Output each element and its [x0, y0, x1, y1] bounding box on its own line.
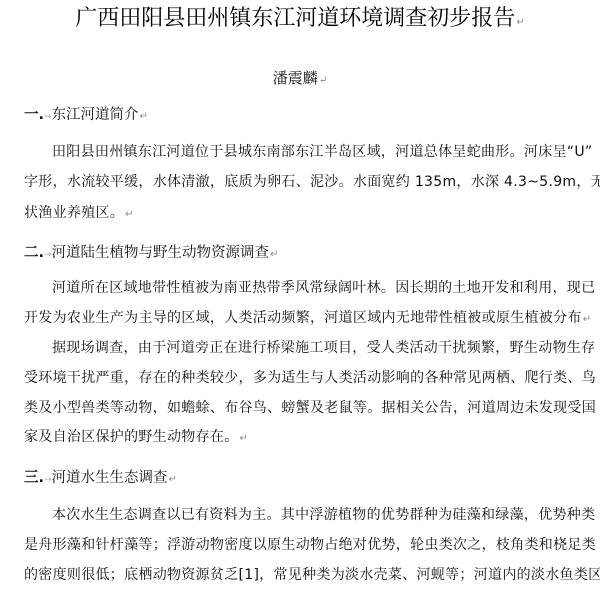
paragraph-mark-icon: ↵	[240, 433, 249, 444]
author-name: 潘震麟↵	[0, 66, 600, 93]
tab-mark-icon: →	[44, 112, 52, 122]
section-heading-2: 二.→河道陆生植物与野生动物资源调查↵	[24, 242, 278, 266]
section-heading-1: 一.→东江河道简介↵	[24, 104, 148, 128]
paragraph-mark-icon: ↵	[169, 474, 177, 485]
paragraph-line: 开发为农业生产为主导的区域，人类活动频繁，河道区域内无地带性植被或原生植被分布↵	[24, 303, 584, 335]
section-heading-text: 东江河道简介	[52, 107, 139, 123]
paragraph-line: 受环境干扰严重，存在的种类较少，多为适生与人类活动影响的各种常见两栖、爬行类、鸟	[24, 363, 584, 393]
author-text: 潘震麟	[273, 69, 318, 87]
title-text: 广西田阳县田州镇东江河道环境调查初步报告	[75, 6, 515, 31]
paragraph-line: 的密度则很低；底栖动物资源贫乏[1]，常见种类为淡水壳菜、河蚬等；河道内的淡水鱼…	[24, 560, 584, 590]
document-title: 广西田阳县田州镇东江河道环境调查初步报告↵	[0, 4, 600, 38]
section-heading-text: 河道水生生态调查	[52, 470, 168, 486]
section-number: 三.	[24, 470, 44, 486]
paragraph-mark-icon: ↵	[516, 17, 524, 28]
paragraph-line: 家及自治区保护的野生动物存在。↵	[24, 422, 584, 454]
section-number: 一.	[24, 107, 44, 123]
paragraph-line: 田阳县田州镇东江河道位于县城东南部东江半岛区域，河道总体呈蛇曲形。河床呈“U”	[24, 137, 584, 167]
paragraph-line: 河道所在区域地带性植被为南亚热带季风常绿阔叶林。因长期的土地开发和利用，现已	[24, 273, 584, 303]
section-heading-text: 河道陆生植物与野生动物资源调查	[52, 245, 270, 261]
paragraph-line: 据现场调查，由于河道旁正在进行桥梁施工项目，受人类活动干扰频繁，野生动物生存	[24, 333, 584, 363]
paragraph-line: 状渔业养殖区。↵	[24, 198, 584, 230]
paragraph-text: 家及自治区保护的野生动物存在。	[24, 429, 239, 445]
paragraph-mark-icon: ↵	[319, 75, 327, 86]
paragraph-line: 字形，水流较平缓，水体清澈，底质为卵石、泥沙。水面宽约 135m，水深 4.3~…	[24, 167, 584, 197]
paragraph-line: 类及小型兽类等动物，如蟾蜍、布谷鸟、螃蟹及老鼠等。据相关公告，河道周边未发现受国	[24, 393, 584, 423]
paragraph-mark-icon: ↵	[583, 314, 592, 325]
paragraph-text: 状渔业养殖区。	[24, 205, 124, 221]
paragraph-mark-icon: ↵	[270, 249, 278, 260]
section-heading-3: 三.→河道水生生态调查↵	[24, 467, 177, 491]
tab-mark-icon: →	[44, 250, 52, 260]
paragraph-line: 是舟形藻和针杆藻等；浮游动物密度以原生动物占绝对优势，轮虫类次之，枝角类和桡足类	[24, 530, 584, 560]
paragraph-mark-icon: ↵	[125, 209, 134, 220]
paragraph-mark-icon: ↵	[140, 111, 148, 122]
paragraph-text: 开发为农业生产为主导的区域，人类活动频繁，河道区域内无地带性植被或原生植被分布	[24, 310, 582, 326]
tab-mark-icon: →	[44, 475, 52, 485]
paragraph-line: 本次水生生态调查以已有资料为主。其中浮游植物的优势群种为硅藻和绿藻，优势种类	[24, 500, 584, 530]
section-number: 二.	[24, 245, 44, 261]
